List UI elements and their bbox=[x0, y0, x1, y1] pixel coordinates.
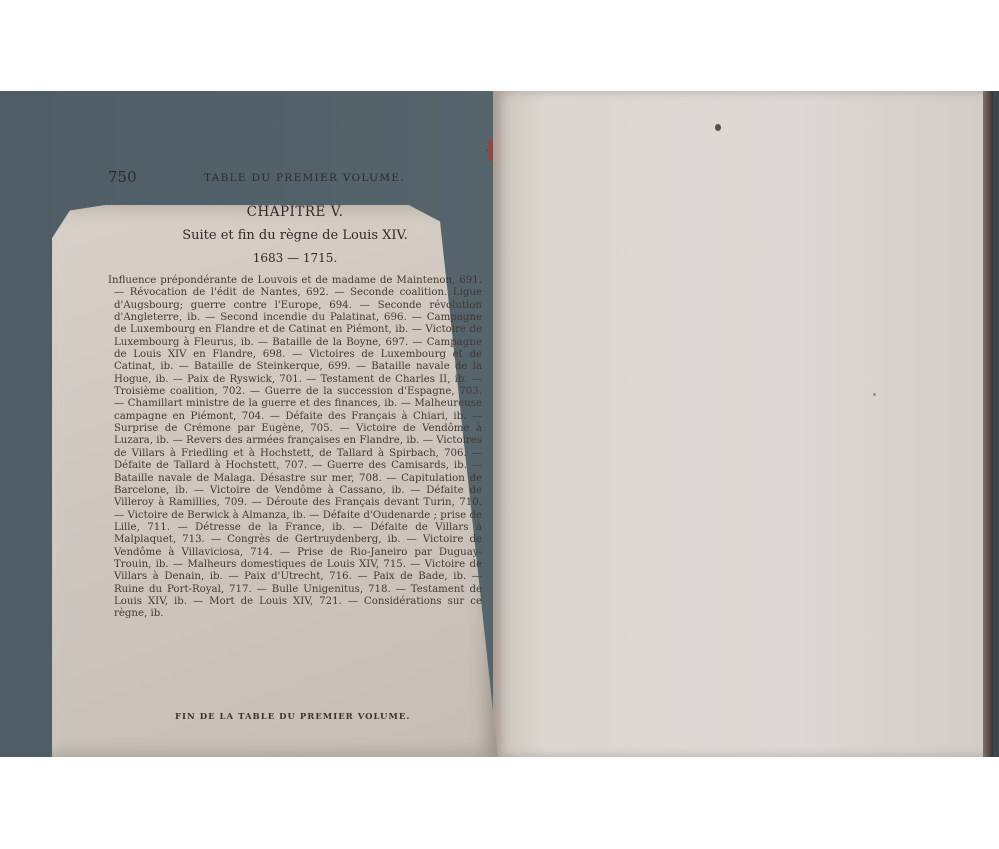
running-head: 750 TABLE DU PREMIER VOLUME. bbox=[108, 168, 482, 188]
page-number: 750 bbox=[108, 168, 137, 186]
chapter-summary: Influence prépondérante de Louvois et de… bbox=[108, 275, 482, 621]
chapter-title: CHAPITRE V. bbox=[108, 204, 482, 220]
chapter-subtitle: Suite et fin du règne de Louis XIV. bbox=[108, 228, 482, 243]
page-text: 750 TABLE DU PREMIER VOLUME. CHAPITRE V.… bbox=[108, 168, 482, 621]
end-note: FIN DE LA TABLE DU PREMIER VOLUME. bbox=[175, 712, 410, 722]
page-edge-shadow bbox=[983, 91, 993, 757]
paper-speck bbox=[873, 393, 876, 396]
blank-right-page bbox=[493, 91, 993, 757]
paper-speck bbox=[715, 124, 721, 131]
chapter-dates: 1683 — 1715. bbox=[108, 251, 482, 265]
running-title: TABLE DU PREMIER VOLUME. bbox=[204, 172, 405, 184]
